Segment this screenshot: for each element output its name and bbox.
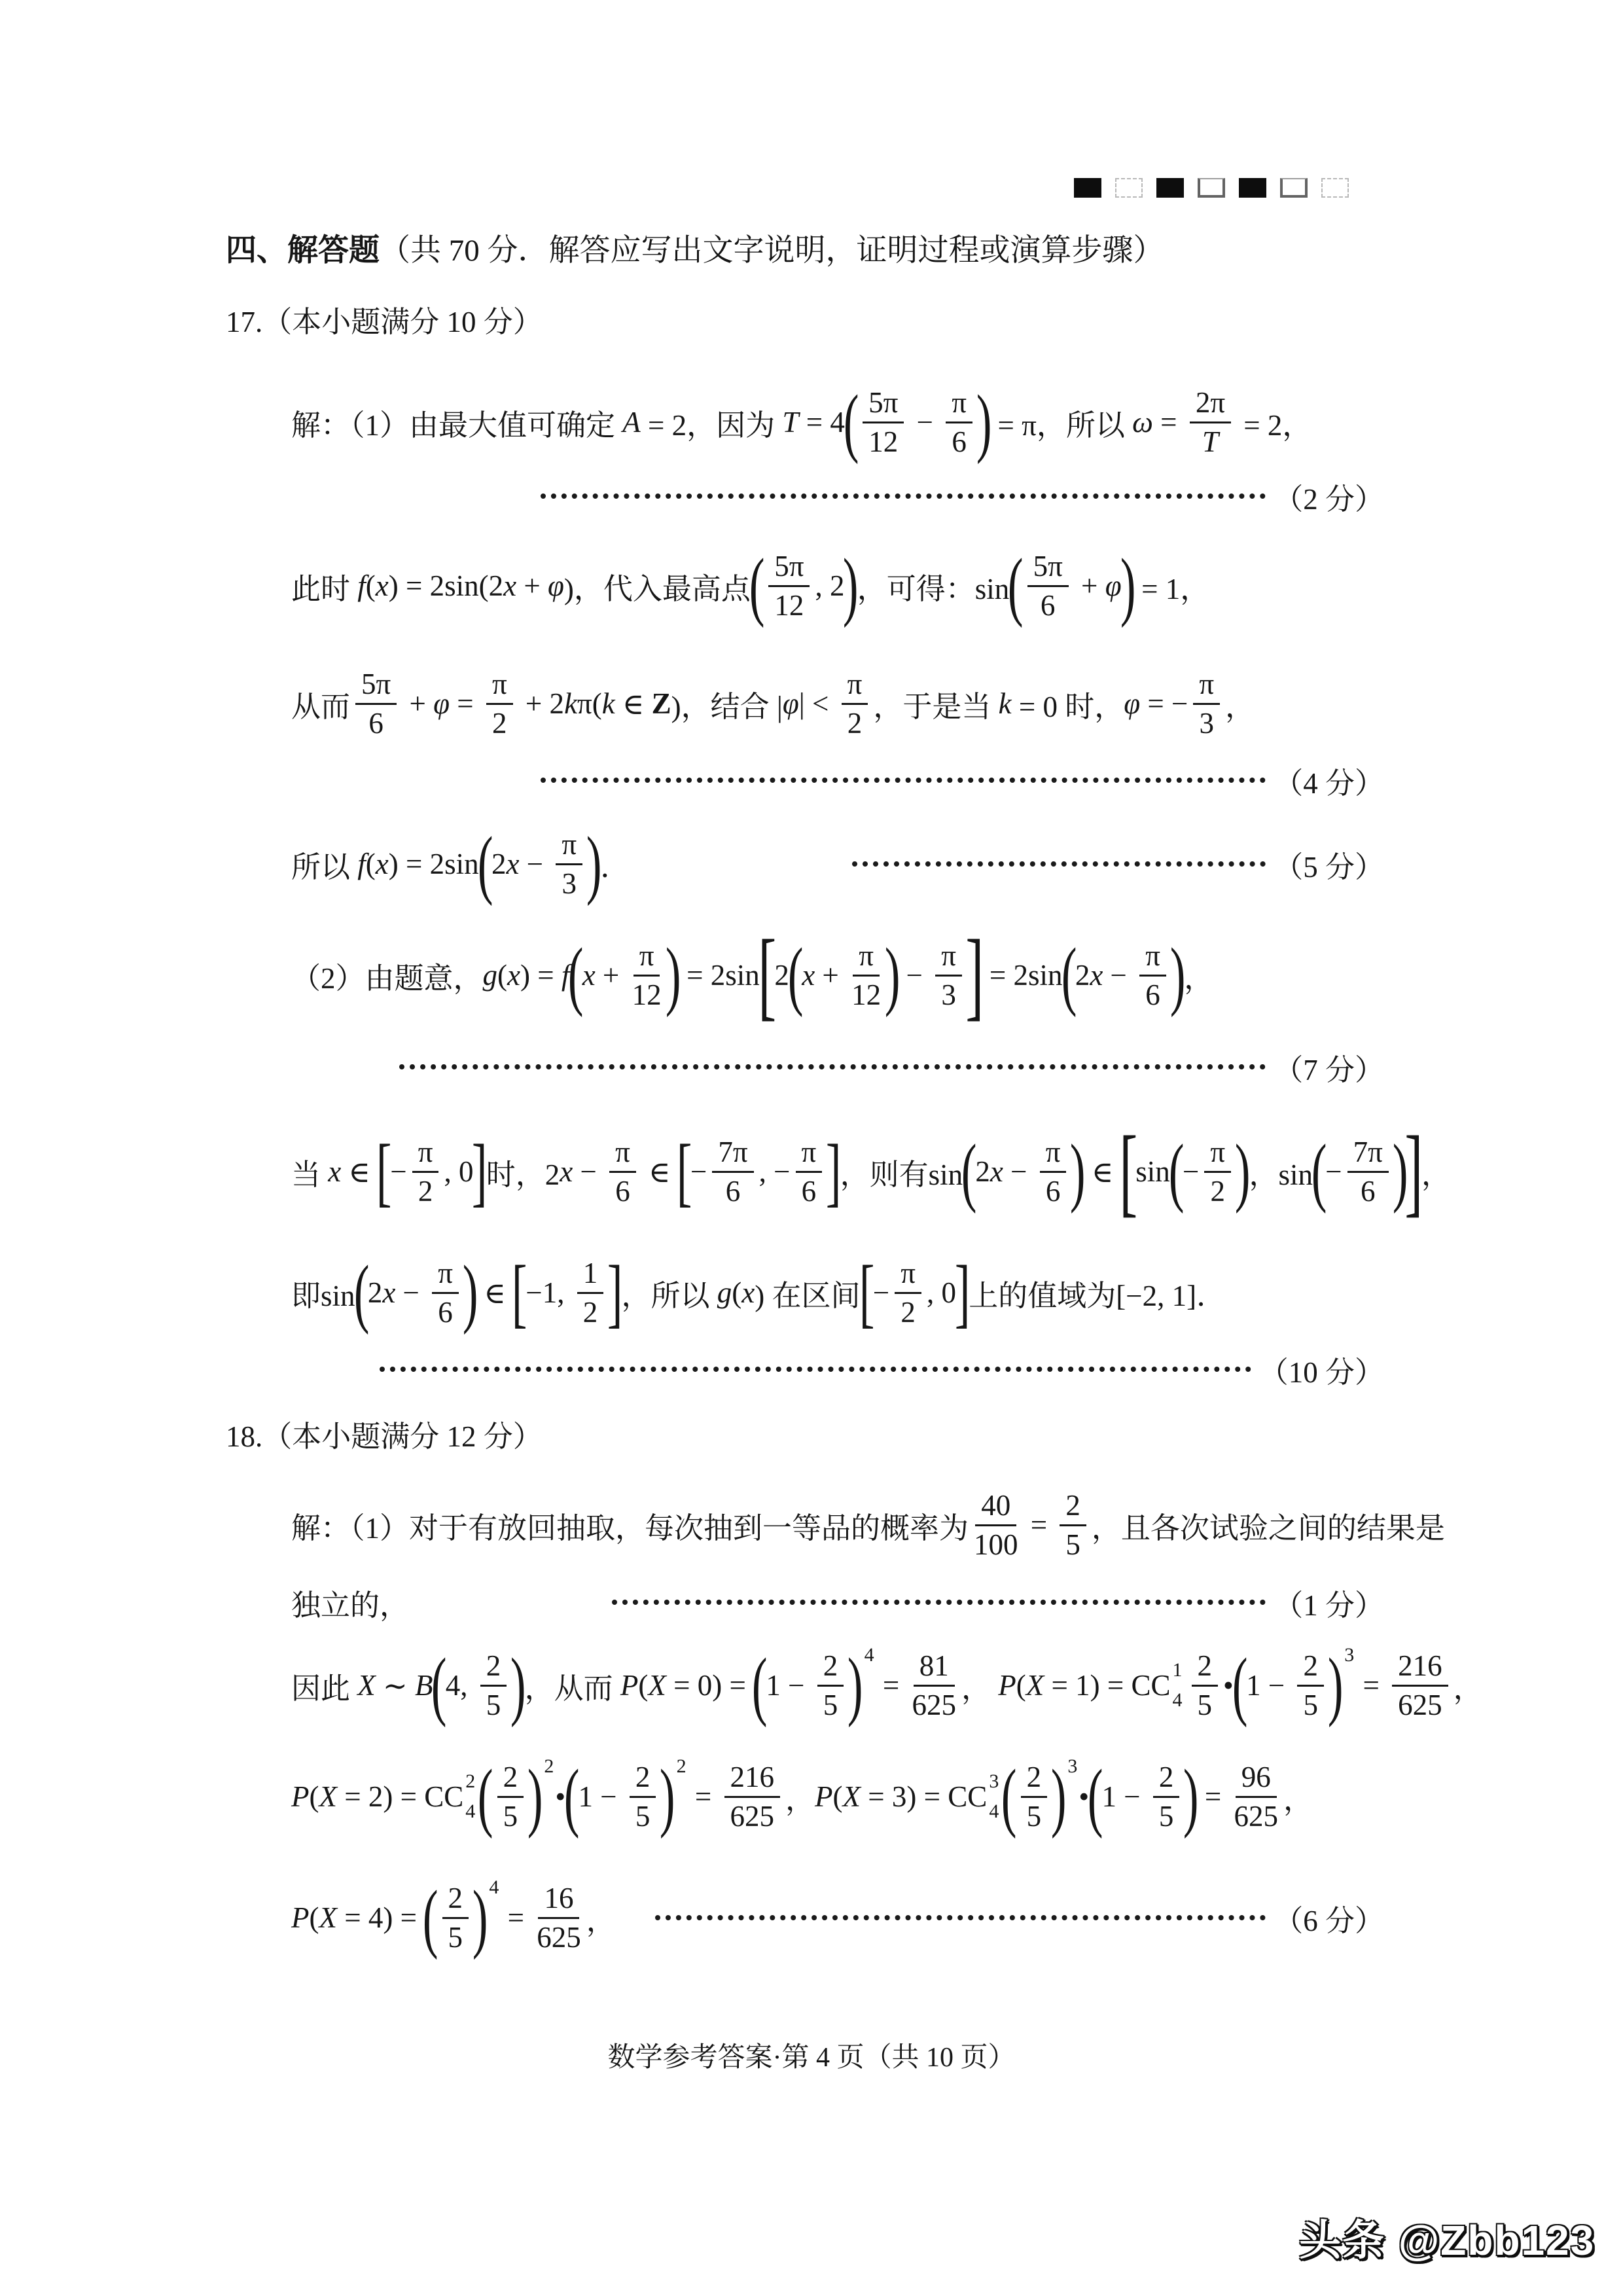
fraction: 5π6 xyxy=(1027,550,1069,622)
section-heading: 四、解答题（共 70 分．解答应写出文字说明，证明过程或演算步骤） xyxy=(226,227,1164,268)
stretch-delimiter: ] xyxy=(607,1259,623,1327)
stretch-delimiter: ( xyxy=(478,1763,493,1831)
fraction: 25 xyxy=(1153,1761,1180,1833)
solution-line-18-1: 解：（1）对于有放回抽取，每次抽到一等品的概率为40100 = 25，且各次试验… xyxy=(291,1469,1445,1581)
stretch-delimiter: ( xyxy=(431,1651,447,1719)
fraction: π3 xyxy=(556,828,582,900)
fraction: π2 xyxy=(1204,1136,1231,1208)
fraction: 7π6 xyxy=(712,1136,753,1208)
fraction: 81625 xyxy=(912,1649,956,1721)
stretch-delimiter: ( xyxy=(961,1138,977,1206)
fraction: 7π6 xyxy=(1347,1136,1389,1208)
stretch-delimiter: ) xyxy=(1170,941,1186,1009)
fraction: π2 xyxy=(895,1257,921,1329)
fraction: 96625 xyxy=(1234,1761,1279,1833)
fraction: 25 xyxy=(1297,1649,1324,1721)
fraction: 40100 xyxy=(974,1489,1018,1561)
stretch-delimiter: ( xyxy=(1311,1138,1327,1206)
fraction: π2 xyxy=(412,1136,439,1208)
registration-marks xyxy=(1074,178,1349,198)
stretch-delimiter: ] xyxy=(472,1138,488,1206)
fraction: π6 xyxy=(432,1257,459,1329)
dotted-leader xyxy=(541,493,1266,499)
fraction: π6 xyxy=(1139,939,1166,1011)
score-line-7: （7 分） xyxy=(393,1050,1384,1083)
fraction: 25 xyxy=(442,1882,469,1954)
fraction: π3 xyxy=(935,939,962,1011)
fraction: π6 xyxy=(796,1136,823,1208)
solution-line-17-3: 从而5π6 + φ = π2 + 2kπ(k ∈ Z)，结合 |φ| < π2，… xyxy=(291,641,1255,766)
registration-mark-outline xyxy=(1198,178,1225,198)
fraction: π12 xyxy=(632,939,662,1011)
stretch-delimiter: ) xyxy=(1235,1138,1251,1206)
score-line-10: （10 分） xyxy=(373,1353,1384,1386)
stretch-delimiter: ) xyxy=(665,941,681,1009)
combination-indices: 34 xyxy=(989,1772,999,1821)
registration-mark-outline xyxy=(1280,178,1308,198)
registration-mark-dashed xyxy=(1321,178,1349,198)
solution-line-17-6: 当 x ∈ [−π2, 0]时，2x − π6 ∈ [−7π6, −π6]，则有… xyxy=(291,1106,1451,1237)
stretch-delimiter: ( xyxy=(844,388,859,456)
stretch-delimiter: ) xyxy=(510,1651,526,1719)
registration-mark-filled xyxy=(1239,178,1266,198)
registration-mark-filled xyxy=(1074,178,1101,198)
stretch-delimiter: [ xyxy=(758,931,776,1019)
fraction: π12 xyxy=(851,939,881,1011)
fraction: 216625 xyxy=(724,1761,781,1833)
stretch-delimiter: ( xyxy=(752,1651,768,1719)
stretch-delimiter: [ xyxy=(859,1259,874,1327)
stretch-delimiter: ) xyxy=(473,1884,488,1952)
score-line-2: （2 分） xyxy=(534,480,1384,512)
fraction: π3 xyxy=(1193,668,1220,740)
dotted-leader xyxy=(655,1915,1266,1920)
solution-line-17-4: 所以 f(x) = 2sin(2x − π3)．（5 分） xyxy=(291,808,1384,920)
stretch-delimiter: ( xyxy=(568,941,584,1009)
solution-line-17-5: （2）由题意，g(x) = f(x + π12) = 2sin[2(x + π1… xyxy=(291,910,1213,1041)
stretch-delimiter: ] xyxy=(965,931,984,1019)
stretch-delimiter: [ xyxy=(376,1138,392,1206)
stretch-delimiter: ( xyxy=(1088,1763,1103,1831)
fraction: π6 xyxy=(1040,1136,1067,1208)
fraction: 12 xyxy=(577,1257,604,1329)
stretch-delimiter: ( xyxy=(353,1259,369,1327)
stretch-delimiter: ] xyxy=(826,1138,842,1206)
fraction: π2 xyxy=(842,668,868,740)
stretch-delimiter: ( xyxy=(1232,1651,1248,1719)
stretch-delimiter: ( xyxy=(423,1884,438,1952)
solution-line-17-7: 即sin(2x − π6) ∈ [−1, 12]，所以 g(x) 在区间[−π2… xyxy=(291,1230,1226,1355)
fraction: 25 xyxy=(817,1649,844,1721)
fraction: 5π12 xyxy=(768,550,810,622)
registration-mark-dashed xyxy=(1115,178,1143,198)
solution-line-17-1: 解：（1）由最大值可确定 A = 2，因为 T = 4(5π12 − π6) =… xyxy=(291,363,1311,481)
answer-sheet-page: 数学参考答案·第 4 页（共 10 页） 头条 @Zbb123 四、解答题（共 … xyxy=(0,0,1623,2296)
fraction: 25 xyxy=(1192,1649,1219,1721)
fraction: π6 xyxy=(946,386,972,458)
solution-line-18-2: 独立的，（1 分） xyxy=(291,1583,1384,1622)
combination-indices: 24 xyxy=(465,1772,475,1821)
stretch-delimiter: ) xyxy=(976,388,992,456)
stretch-delimiter: ) xyxy=(885,941,901,1009)
stretch-delimiter: ) xyxy=(847,1651,863,1719)
page-footer: 数学参考答案·第 4 页（共 10 页） xyxy=(608,2036,1016,2075)
stretch-delimiter: ) xyxy=(1328,1651,1344,1719)
fraction: 5π6 xyxy=(355,668,397,740)
stretch-delimiter: ) xyxy=(660,1763,675,1831)
dotted-leader xyxy=(612,1600,1266,1605)
fraction: 25 xyxy=(480,1649,507,1721)
stretch-delimiter: [ xyxy=(1119,1128,1137,1215)
fraction: 5π12 xyxy=(863,386,904,458)
stretch-delimiter: ] xyxy=(955,1259,971,1327)
stretch-delimiter: ( xyxy=(1169,1138,1185,1206)
solution-line-17-2: 此时 f(x) = 2sin(2x + φ)，代入最高点(5π12, 2)，可得… xyxy=(291,520,1209,651)
stretch-delimiter: ( xyxy=(1061,941,1077,1009)
fraction: π6 xyxy=(609,1136,636,1208)
stretch-delimiter: ) xyxy=(1183,1763,1199,1831)
stretch-delimiter: ( xyxy=(564,1763,580,1831)
fraction: 25 xyxy=(1060,1489,1086,1561)
question-17-title: 17.（本小题满分 10 分） xyxy=(226,299,543,338)
stretch-delimiter: ) xyxy=(586,830,602,898)
solution-line-18-5: P(X = 4) = (25)4 = 16625，（6 分） xyxy=(291,1856,1384,1980)
dotted-leader xyxy=(852,861,1266,867)
dotted-leader xyxy=(541,778,1266,783)
stretch-delimiter: ( xyxy=(1008,552,1024,620)
fraction: π2 xyxy=(486,668,513,740)
combination-indices: 14 xyxy=(1173,1660,1183,1710)
fraction: 2πT xyxy=(1190,386,1231,458)
question-18-title: 18.（本小题满分 12 分） xyxy=(226,1414,543,1453)
registration-mark-filled xyxy=(1156,178,1184,198)
stretch-delimiter: ) xyxy=(1070,1138,1086,1206)
fraction: 25 xyxy=(1021,1761,1048,1833)
fraction: 25 xyxy=(630,1761,656,1833)
dotted-leader xyxy=(380,1367,1251,1372)
fraction: 216625 xyxy=(1392,1649,1448,1721)
stretch-delimiter: ( xyxy=(1001,1763,1017,1831)
stretch-delimiter: ( xyxy=(478,830,493,898)
score-line-4: （4 分） xyxy=(534,764,1384,797)
fraction: 16625 xyxy=(537,1882,581,1954)
stretch-delimiter: ) xyxy=(463,1259,478,1327)
stretch-delimiter: ) xyxy=(843,552,859,620)
fraction: 25 xyxy=(497,1761,524,1833)
stretch-delimiter: ] xyxy=(1405,1128,1423,1215)
stretch-delimiter: ( xyxy=(788,941,804,1009)
stretch-delimiter: ) xyxy=(1051,1763,1067,1831)
stretch-delimiter: ) xyxy=(1120,552,1135,620)
dotted-leader xyxy=(399,1064,1266,1069)
stretch-delimiter: [ xyxy=(677,1138,692,1206)
stretch-delimiter: [ xyxy=(512,1259,527,1327)
stretch-delimiter: ( xyxy=(749,552,765,620)
solution-line-18-4: P(X = 2) = CC24(25)2•(1 − 25)2 = 216625，… xyxy=(291,1728,1313,1865)
watermark: 头条 @Zbb123 xyxy=(1299,2207,1595,2267)
stretch-delimiter: ) xyxy=(527,1763,543,1831)
